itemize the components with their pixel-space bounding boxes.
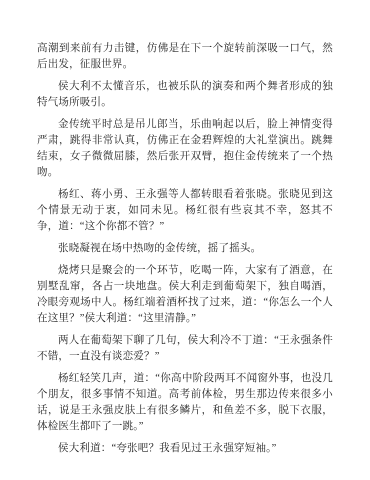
paragraph: 高潮到来前有力击键，仿佛是在下一个旋转前深吸一口气，然后出发，征服世界。	[37, 41, 333, 73]
paragraph: 张晓凝视在场中热吻的金传统，摇了摇头。	[37, 241, 333, 257]
paragraph: 烧烤只是聚会的一个环节，吃喝一阵，大家有了酒意，在别墅乱窜，各占一块地盘。侯大利…	[37, 263, 333, 327]
paragraph: 杨红轻笑几声，道：“你高中阶段两耳不闻窗外事，也没几个朋友，很多事情不知道。高考…	[37, 371, 333, 435]
page-text-area: 高潮到来前有力击键，仿佛是在下一个旋转前深吸一口气，然后出发，征服世界。侯大利不…	[37, 41, 333, 457]
paragraph: 两人在葡萄架下聊了几句，侯大利冷不丁道：“王永强条件不错，一直没有谈恋爱？”	[37, 333, 333, 365]
paragraph: 侯大利不太懂音乐，也被乐队的演奏和两个舞者形成的独特气场所吸引。	[37, 79, 333, 111]
reader-page-surface[interactable]: 高潮到来前有力击键，仿佛是在下一个旋转前深吸一口气，然后出发，征服世界。侯大利不…	[0, 0, 370, 480]
paragraph: 侯大利道：“夸张吧？我看见过王永强穿短袖。”	[37, 441, 333, 457]
paragraph: 杨红、蒋小勇、王永强等人都转眼看着张晓。张晓见到这个情景无动于衷，如同未见。杨红…	[37, 187, 333, 235]
paragraph: 金传统平时总是吊儿郎当，乐曲响起以后，脸上神情变得严肃，跳得非常认真，仿佛正在金…	[37, 117, 333, 181]
